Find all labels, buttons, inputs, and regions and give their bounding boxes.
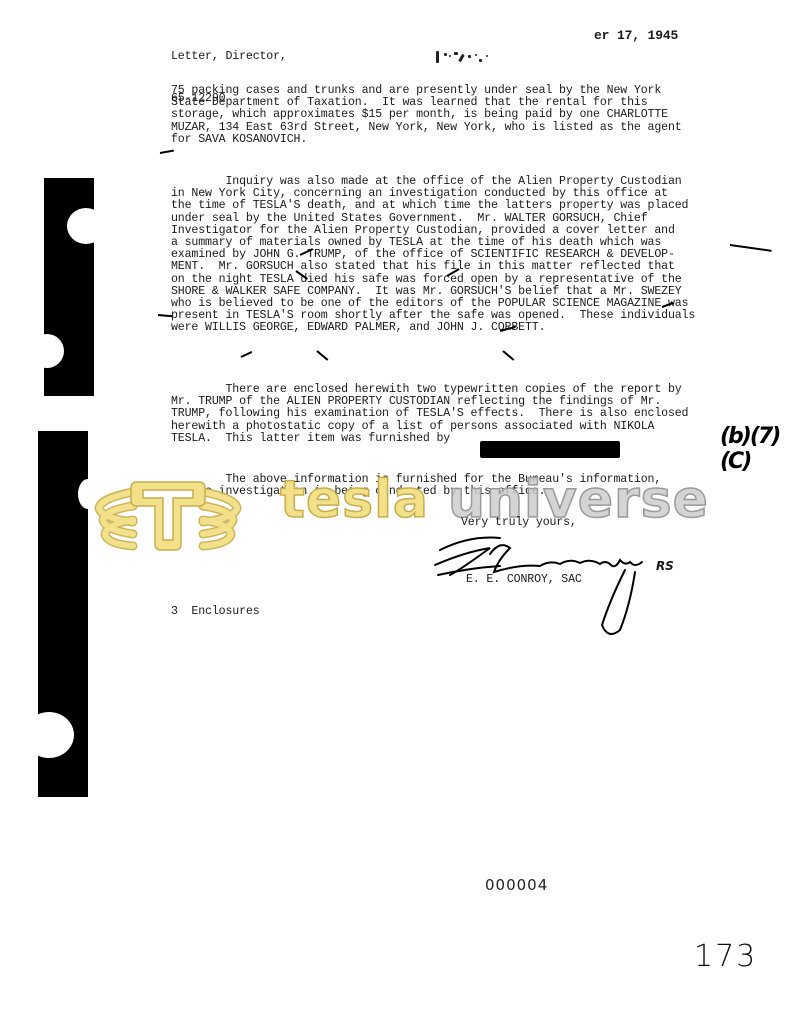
redaction-exemption-code: (b)(7)(C) — [720, 424, 800, 474]
punch-hole — [78, 479, 98, 509]
letter-addressee: Letter, Director, — [171, 48, 287, 65]
text-line: were WILLIS GEORGE, EDWARD PALMER, and J… — [171, 322, 761, 334]
file-stamp — [434, 49, 494, 65]
paragraph-enclosures: There are enclosed herewith two typewrit… — [171, 384, 761, 445]
text-line: for SAVA KOSANOVICH. — [171, 134, 761, 146]
text-line: and no investigation is being conducted … — [171, 486, 761, 498]
text-line: on the night TESLA died his safe was for… — [171, 274, 761, 286]
document-page: Letter, Director, 65-12290 er 17, 1945 7… — [0, 0, 800, 1035]
handwritten-page-number: 173 — [694, 939, 757, 974]
check-mark — [160, 150, 174, 154]
text-line: under seal by the United States Governme… — [171, 213, 761, 225]
signature-name: E. E. CONROY, SAC — [466, 574, 582, 586]
check-mark — [316, 350, 328, 361]
text-line: the time of TESLA'S death, and at which … — [171, 200, 761, 212]
text-line: TRUMP, following his examination of TESL… — [171, 408, 761, 420]
letter-date: er 17, 1945 — [594, 30, 678, 42]
punch-hole — [30, 334, 64, 368]
text-line: storage, which approximates $15 per mont… — [171, 109, 761, 121]
signature-initials: RS — [656, 560, 674, 572]
check-mark — [502, 350, 514, 361]
text-line: MENT. Mr. GORSUCH also stated that his f… — [171, 261, 761, 273]
serial-number: 000004 — [485, 876, 548, 894]
paragraph-alien-property: Inquiry was also made at the office of t… — [171, 176, 761, 334]
paragraph-closing-info: The above information is furnished for t… — [171, 474, 761, 498]
enclosures-note: 3 Enclosures — [171, 606, 260, 618]
check-mark — [241, 351, 253, 358]
closing-salutation: Very truly yours, — [461, 517, 577, 529]
punch-hole — [24, 712, 74, 758]
text-line: TESLA. This latter item was furnished by — [171, 433, 761, 445]
redaction-bar — [480, 441, 620, 458]
paragraph-storage: 75 packing cases and trunks and are pres… — [171, 85, 761, 146]
text-line: herewith a photostatic copy of a list of… — [171, 421, 761, 433]
check-mark — [158, 314, 172, 317]
punch-hole — [67, 208, 105, 244]
text-line: MUZAR, 134 East 63rd Street, New York, N… — [171, 122, 761, 134]
